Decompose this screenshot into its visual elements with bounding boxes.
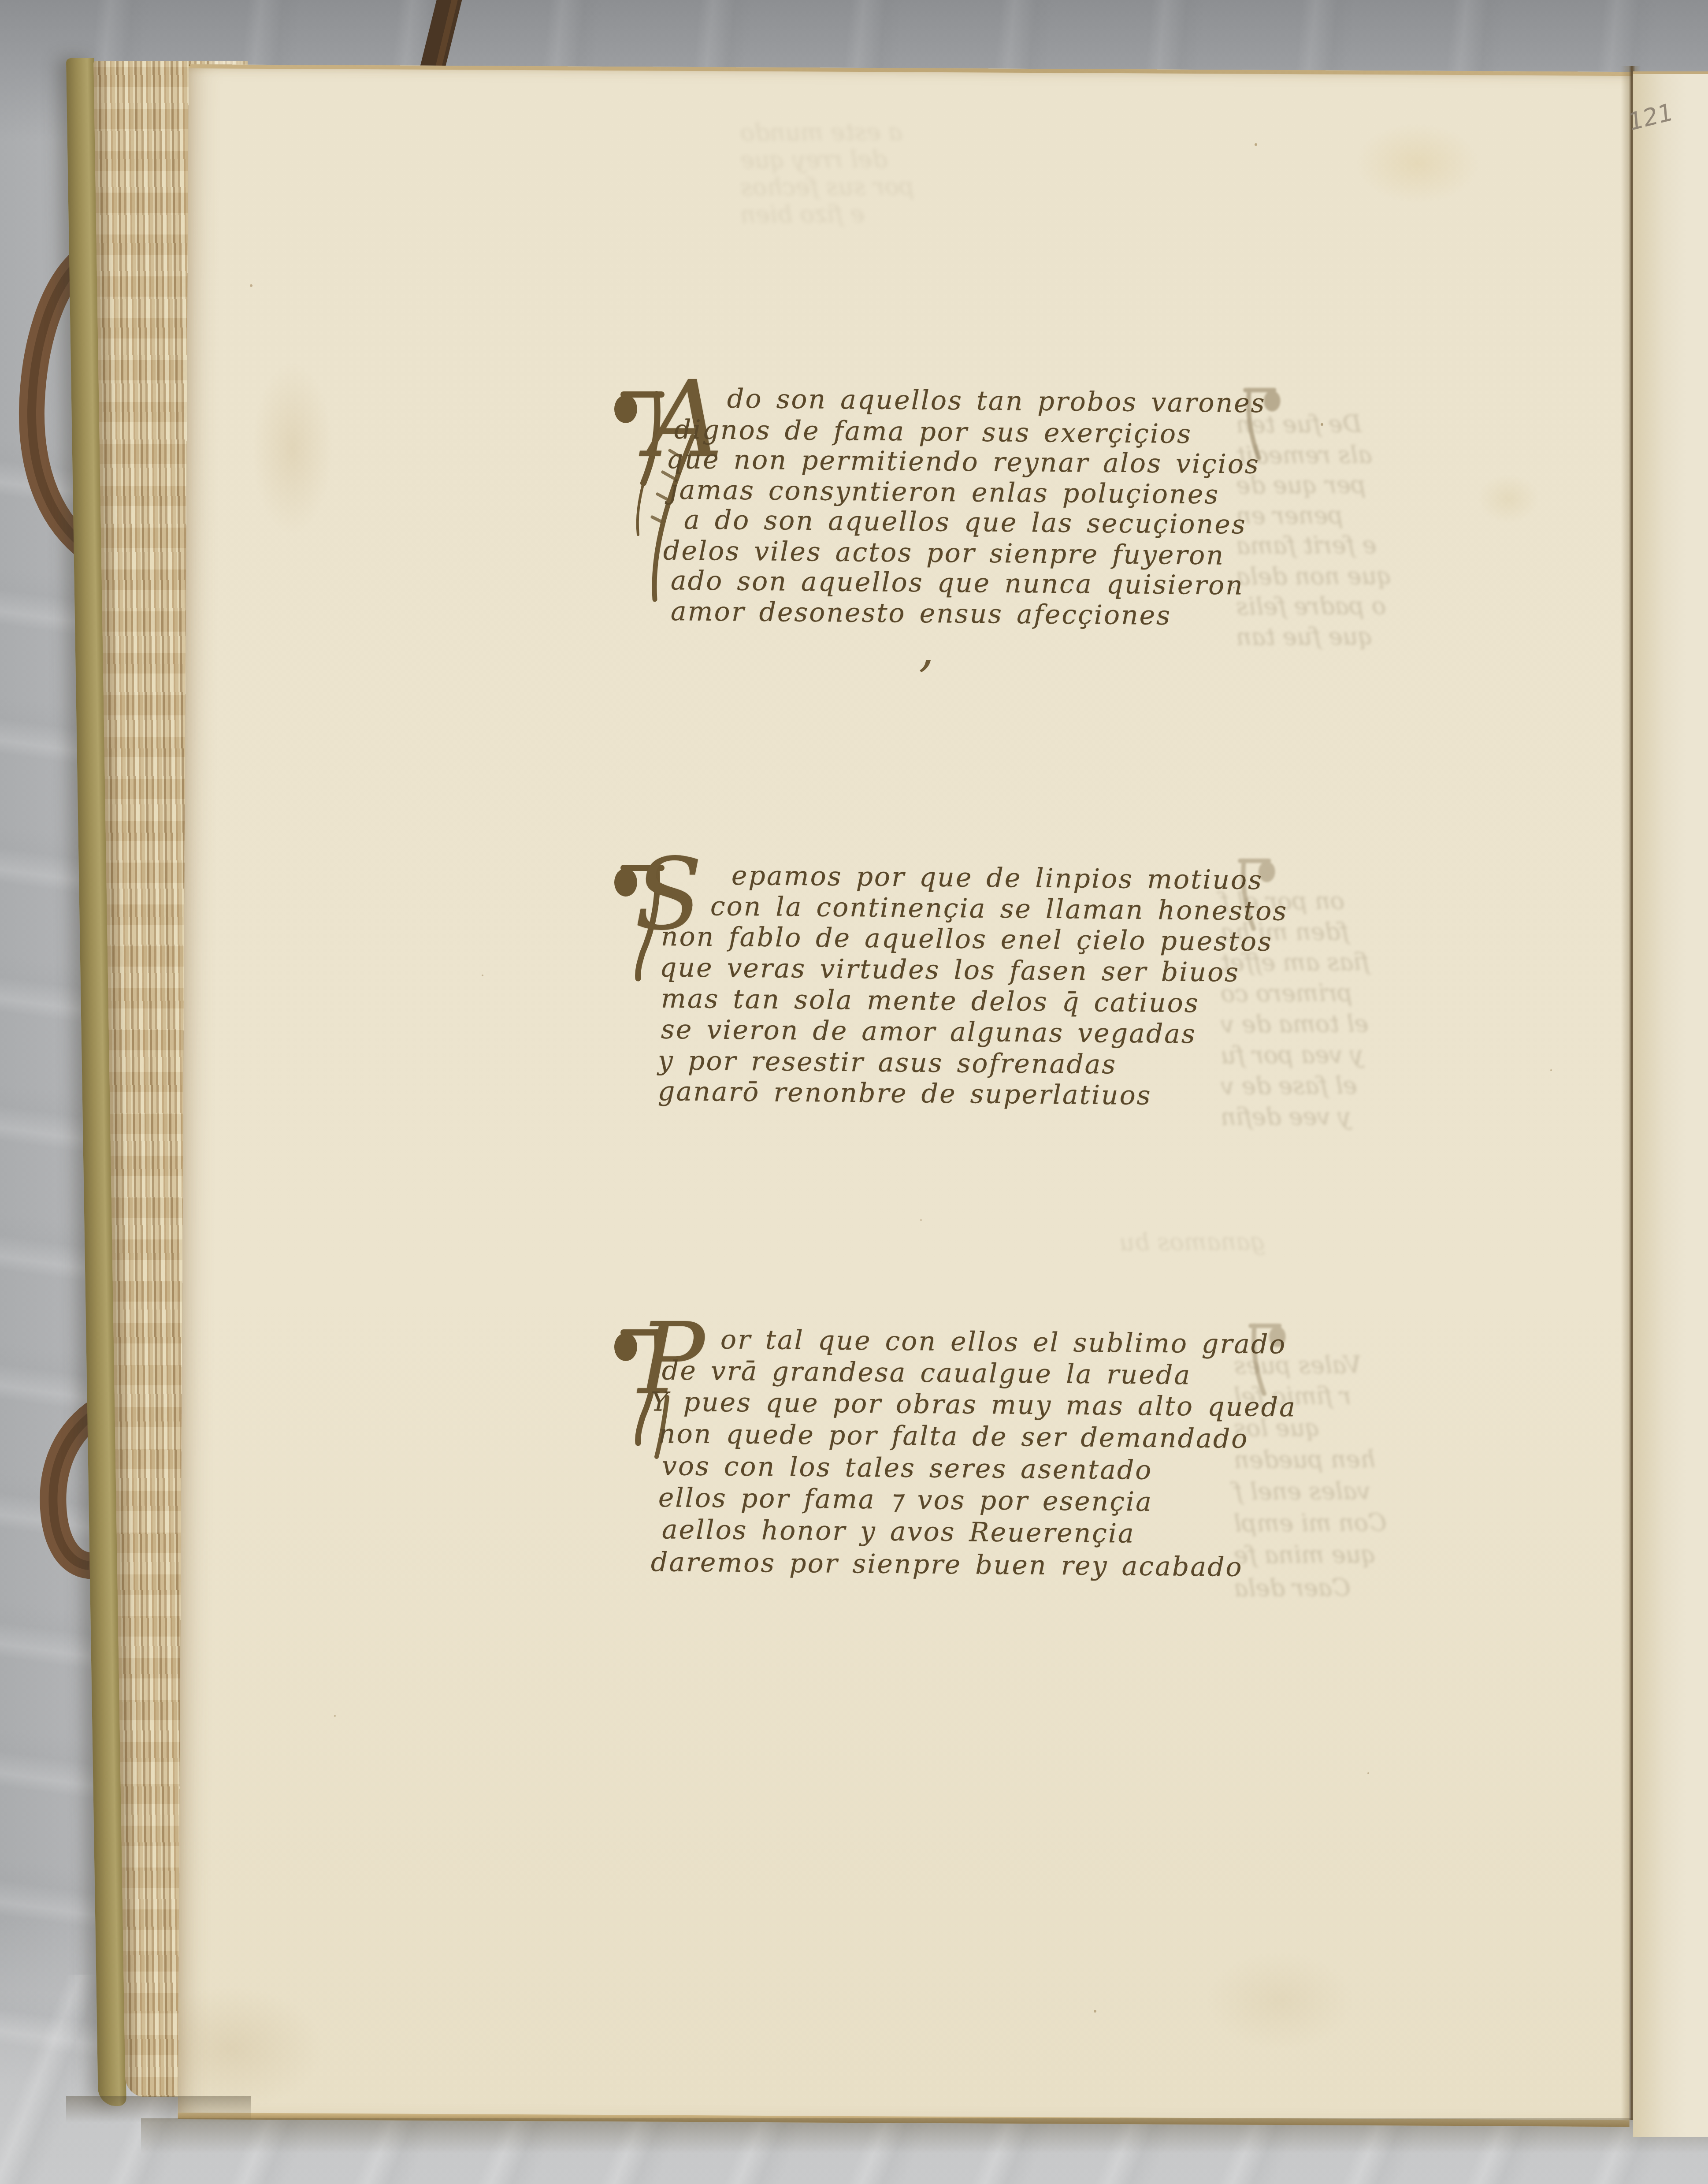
verse-line: que non permitiendo reynar alos viçios — [666, 446, 1260, 478]
verse-line: do son aquellos tan probos varones — [727, 386, 1266, 417]
show-through-line: pener en — [1236, 503, 1483, 528]
show-through-line: del rrey que — [740, 146, 1119, 172]
show-through-line: que fue tan — [1236, 624, 1483, 649]
show-through-line: als remedit — [1236, 443, 1483, 468]
show-through-line: a este mundo — [740, 119, 1119, 145]
show-through-line: que non dela — [1236, 564, 1483, 589]
show-through-line: Caer dela — [1234, 1575, 1481, 1600]
show-through-line: e fizo bien — [740, 201, 1119, 227]
show-through-line: o padre felis — [1236, 594, 1483, 619]
show-through-line: por sus fechos — [740, 174, 1119, 200]
show-through-line: y vea por fu — [1221, 1042, 1467, 1068]
show-through-line: per que de — [1236, 473, 1483, 498]
verse-line: vos con los tales seres asentado — [662, 1453, 1153, 1484]
verse-line: con la continençia se llaman honestos — [710, 893, 1288, 924]
show-through-line: hen pueden — [1234, 1447, 1481, 1472]
show-through-line: primero co — [1221, 981, 1467, 1006]
verse-line: ado son aquellos que nunca quisieron — [671, 567, 1244, 599]
verse-line: non fablo de aquellos enel çielo puestos — [661, 923, 1273, 955]
show-through-line: el fase de v — [1221, 1073, 1467, 1098]
verse-line: Y pues que por obras muy mas alto queda — [651, 1389, 1296, 1421]
ink-specks — [189, 64, 190, 66]
show-through-line: De fue ten — [1236, 412, 1483, 437]
verse-line: mas tan sola mente delos q̄ catiuos — [661, 986, 1199, 1017]
verse-line: se vieron de amor algunas vegadas — [661, 1016, 1196, 1048]
line-end-flourish: , — [919, 621, 934, 677]
verse-line: dignos de fama por sus exerçiçios — [674, 417, 1192, 447]
verse-line: ellos por fama ⁊ vos por esençia — [658, 1485, 1153, 1515]
verse-line: epamos por que de linpios motiuos — [731, 863, 1263, 894]
verse-line: aellos honor y avos Reuerençia — [662, 1516, 1135, 1547]
verse-line: or tal que con ellos el sublimo grado — [720, 1326, 1287, 1358]
show-through-line: que mina fe — [1234, 1542, 1481, 1567]
show-through-line: y vee defin — [1221, 1104, 1467, 1129]
verse-line: delos viles actos por sienpre fuyeron — [663, 537, 1225, 569]
show-through-line: el toma de v — [1221, 1012, 1467, 1037]
verse-line: a do son aquellos que las secuçiones — [684, 506, 1247, 538]
verse-line: y por resestir asus sofrenadas — [658, 1047, 1117, 1078]
show-through-line: ganamos bu — [1119, 1229, 1428, 1254]
verse-line: ganarō renonbre de superlatiuos — [658, 1078, 1152, 1109]
bookmark-cord-icon — [431, 0, 456, 74]
verse-line: de vrā grandesa caualgue la rueda — [662, 1358, 1192, 1388]
show-through-line: vales enel f — [1234, 1479, 1481, 1504]
book-bottom-shadow — [141, 2118, 1708, 2154]
show-through-line: e ferit fama — [1236, 533, 1483, 558]
facing-page-edge — [1633, 74, 1708, 2137]
show-through-line: Con mi empl — [1234, 1511, 1481, 1536]
verse-line: que veras virtudes los fasen ser biuos — [660, 954, 1240, 986]
verse-line: daremos por sienpre buen rey acabado — [651, 1549, 1243, 1581]
verse-line: jamas consyntieron enlas poluçiones — [670, 477, 1220, 508]
verse-line: non quede por falta de ser demandado — [658, 1421, 1249, 1452]
